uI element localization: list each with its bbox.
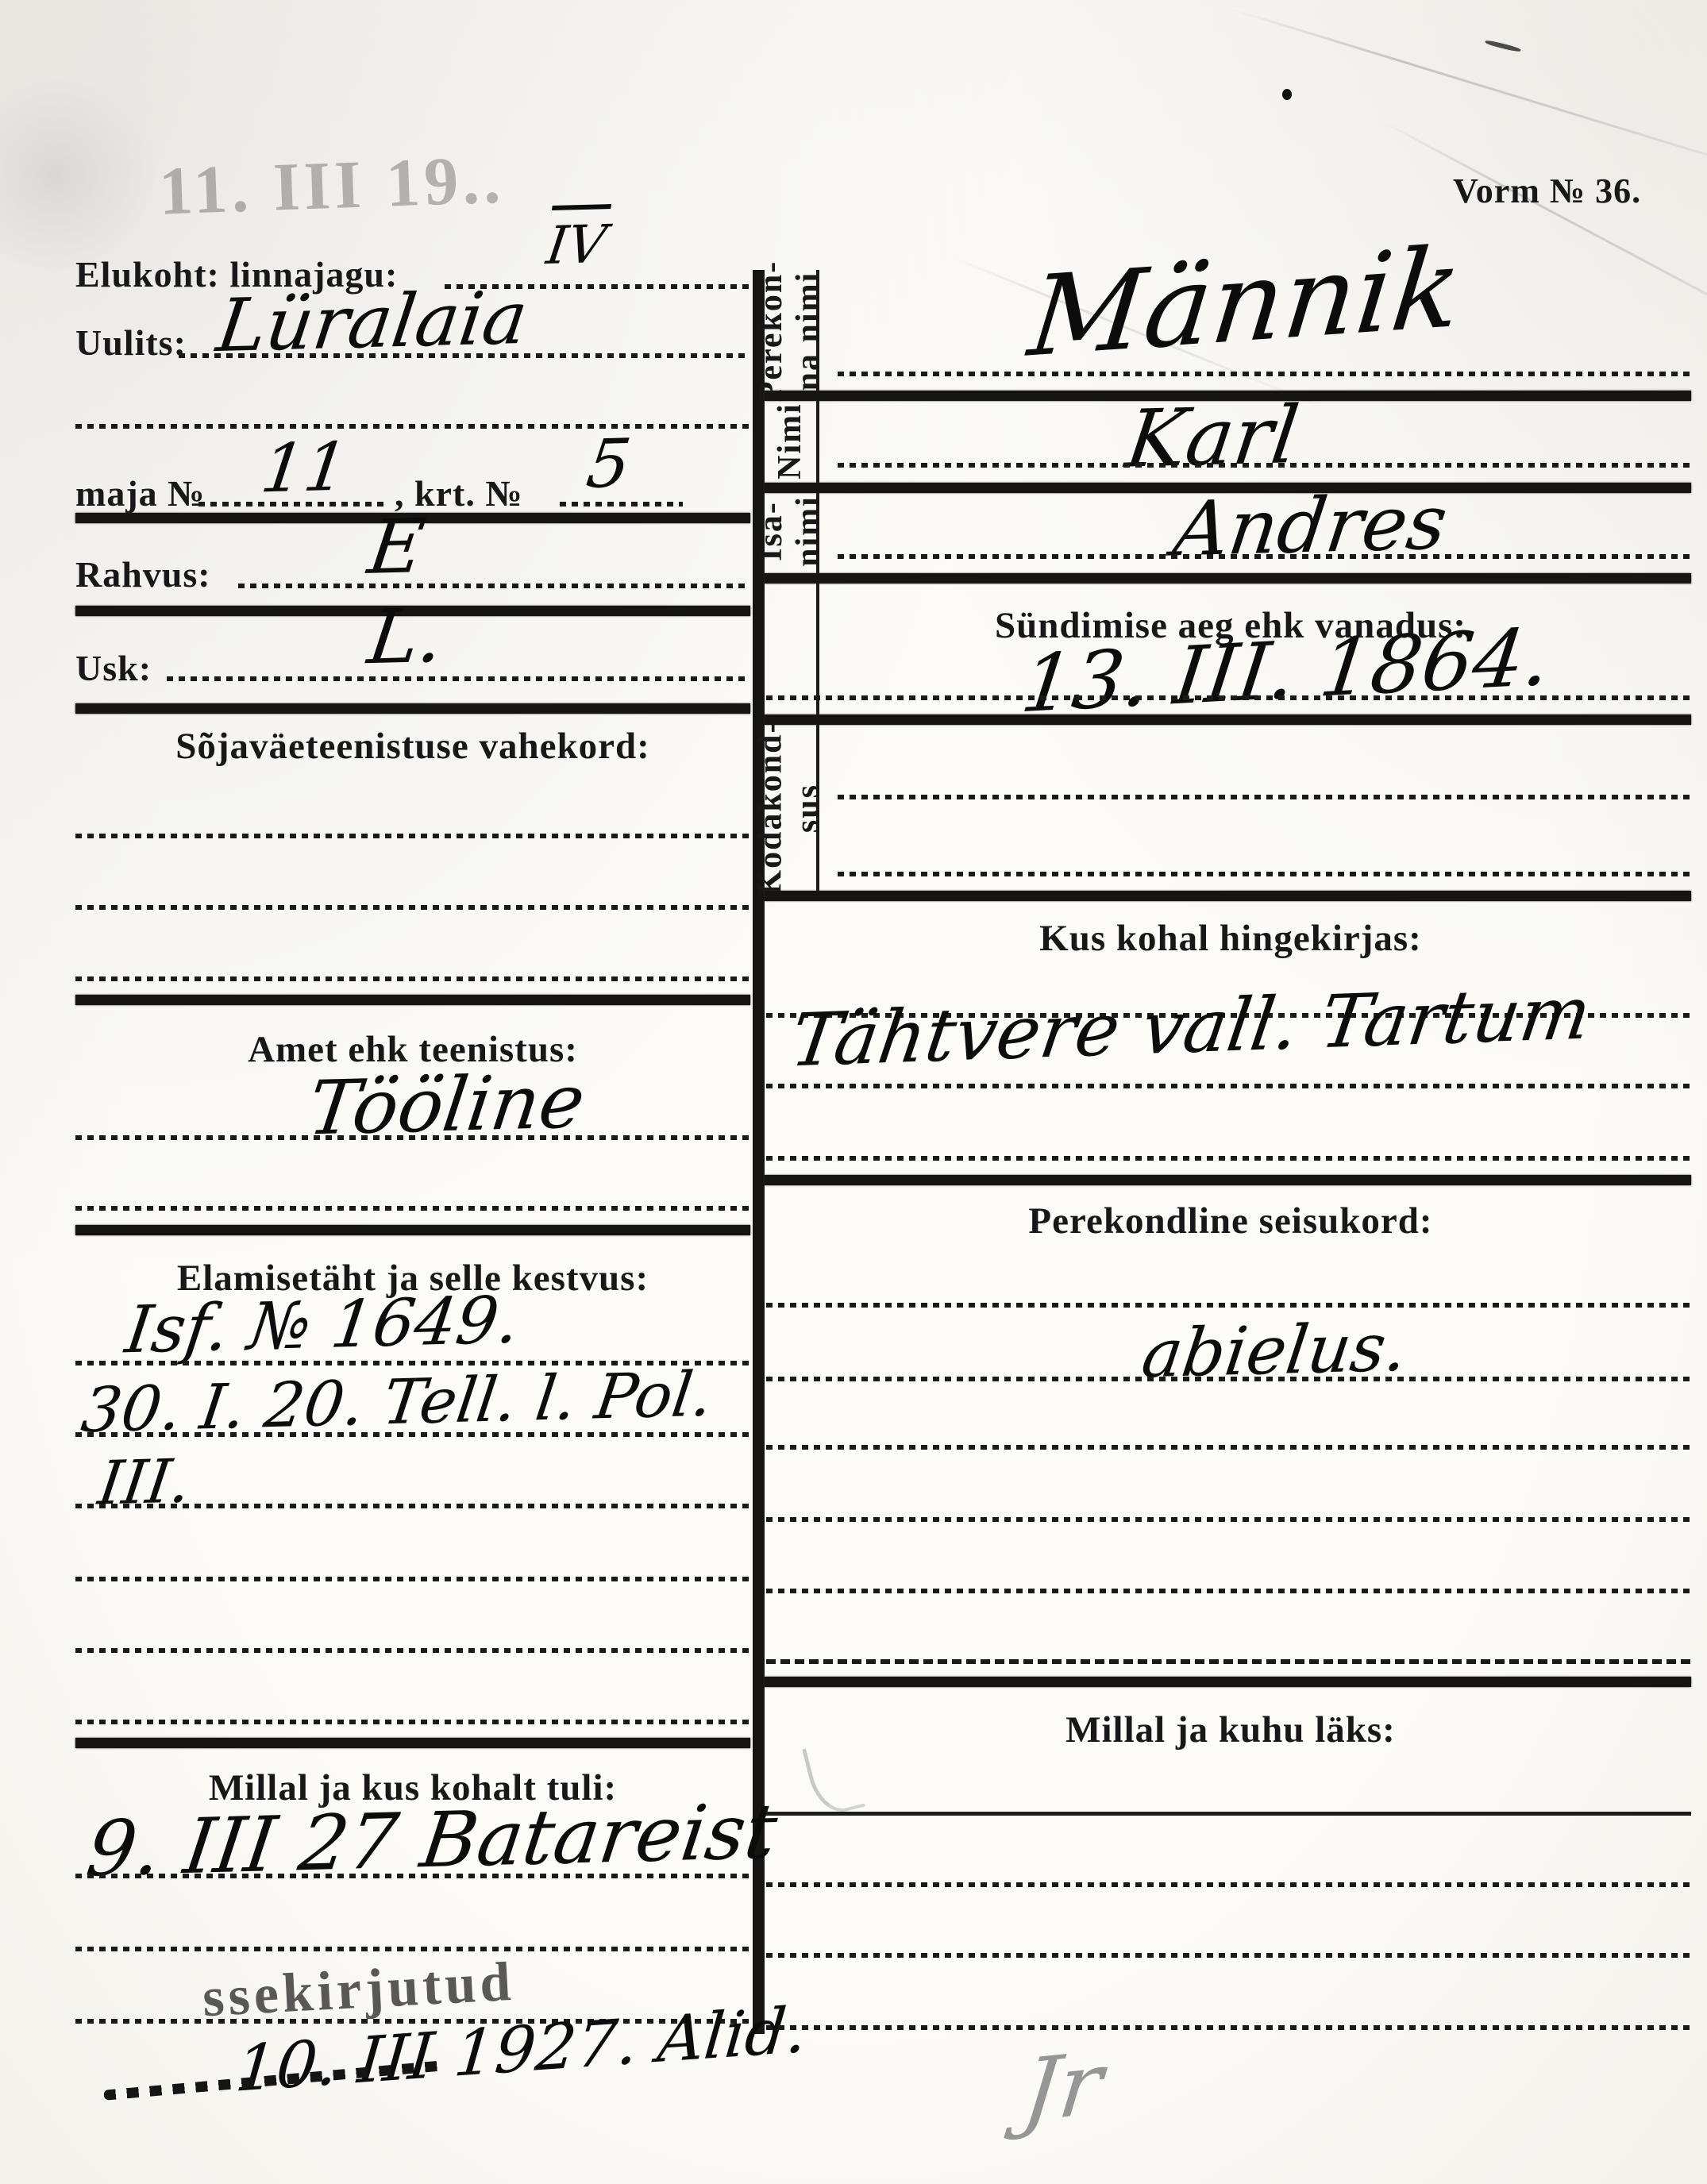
isanimi-value: Andres xyxy=(1169,480,1452,574)
perekonnanimi-value: Männik xyxy=(1023,223,1467,382)
dotted-line xyxy=(75,1947,750,1951)
dotted-line xyxy=(766,1517,1691,1522)
laks-header: Millal ja kuhu läks: xyxy=(794,1711,1667,1750)
dotted-line xyxy=(75,1577,750,1581)
dotted-line xyxy=(838,795,1691,799)
section-bar xyxy=(75,1738,750,1748)
nimi-value: Karl xyxy=(1121,388,1304,486)
isanimi-label-box: Isa- nimi xyxy=(761,494,819,569)
uulits-label: Uulits: xyxy=(75,324,187,362)
dotted-line xyxy=(766,695,1691,700)
dotted-line xyxy=(766,1589,1691,1593)
dotted-line xyxy=(167,676,750,681)
ink-dot xyxy=(1282,89,1292,100)
usk-value: L. xyxy=(364,593,449,681)
section-bar xyxy=(75,1225,750,1235)
perekonnanimi-label: Perekon- na nimi xyxy=(753,260,827,403)
maja-label: maja № xyxy=(75,475,205,513)
section-bar xyxy=(75,995,750,1005)
dotted-line xyxy=(838,554,1691,559)
perekonnanimi-label-box: Perekon- na nimi xyxy=(761,274,819,389)
dotted-line xyxy=(766,1156,1691,1161)
nimi-label: Nimi xyxy=(771,403,808,480)
dotted-line xyxy=(766,1084,1691,1088)
form-number: Vorm № 36. xyxy=(1453,173,1641,210)
dotted-line xyxy=(838,872,1691,876)
maja-value: 11 xyxy=(256,428,352,508)
kodakondsus-label-box: Kodakond- sus xyxy=(761,727,819,890)
dotted-line xyxy=(75,1504,750,1508)
section-bar xyxy=(75,703,750,714)
dotted-line xyxy=(766,1659,1691,1664)
dotted-line xyxy=(75,834,750,838)
dotted-line xyxy=(75,1720,750,1724)
dotted-line xyxy=(75,1135,750,1140)
corner-smudge xyxy=(0,71,159,278)
elamistaht-line1: Isf. № 1649. xyxy=(121,1283,524,1369)
section-bar xyxy=(765,573,1691,584)
pencil-note: Jr xyxy=(1018,2032,1107,2141)
rahvus-value: E xyxy=(364,503,430,591)
usk-label: Usk: xyxy=(75,649,152,688)
kodakondsus-label: Kodakond- sus xyxy=(753,721,827,896)
krt-value: 5 xyxy=(582,424,635,503)
registration-stamp: ssekirjutud xyxy=(201,1955,516,2026)
date-stamp-top: 11. III 19.. xyxy=(158,144,506,225)
dotted-line xyxy=(766,1445,1691,1450)
elukoht-value: IV xyxy=(543,204,611,276)
dotted-line xyxy=(75,976,750,981)
solid-line xyxy=(766,1812,1691,1816)
nimi-label-box: Nimi xyxy=(761,403,819,479)
isanimi-label: Isa- nimi xyxy=(753,496,827,568)
dotted-line xyxy=(75,1432,750,1437)
dotted-line xyxy=(75,1206,750,1211)
dotted-line xyxy=(766,2025,1695,2030)
dotted-line xyxy=(75,905,750,910)
rahvus-label: Rahvus: xyxy=(75,556,211,594)
hingekirjas-value: Tähtvere vall. Tartum xyxy=(786,971,1597,1084)
uulits-value: Lüralaia xyxy=(212,275,532,368)
dotted-line xyxy=(560,502,683,507)
dotted-line xyxy=(75,424,750,429)
section-bar xyxy=(765,1677,1691,1687)
dotted-line xyxy=(238,584,750,588)
dotted-line xyxy=(766,1953,1691,1958)
dotted-line xyxy=(75,1874,750,1878)
section-bar xyxy=(765,715,1691,725)
ink-dot xyxy=(1485,40,1521,53)
dotted-line xyxy=(766,1303,1691,1308)
section-bar xyxy=(765,1175,1691,1185)
dotted-line xyxy=(766,1882,1691,1887)
hingekirjas-header: Kus kohal hingekirjas: xyxy=(794,919,1667,958)
sojavae-header: Sõjaväeteenistuse vahekord: xyxy=(75,727,750,766)
dotted-line xyxy=(75,1648,750,1653)
crease-line xyxy=(1227,7,1707,186)
scanned-registration-card: { "page": { "form_number": "Vorm № 36.",… xyxy=(0,0,1707,2184)
dotted-line xyxy=(838,463,1691,468)
dotted-line xyxy=(838,372,1691,376)
section-bar xyxy=(765,891,1691,901)
seisukord-header: Perekondline seisukord: xyxy=(794,1202,1667,1241)
dotted-line xyxy=(766,1377,1691,1381)
